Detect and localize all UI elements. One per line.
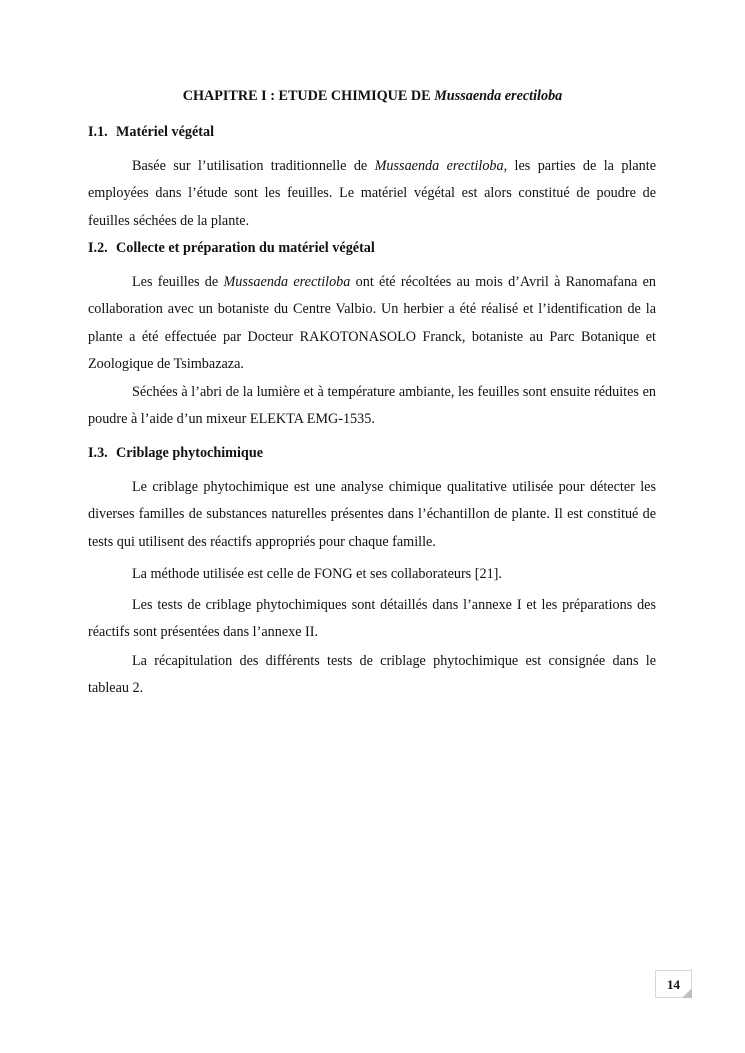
chapter-title-text: CHAPITRE I : ETUDE CHIMIQUE DE [183,88,434,104]
paragraph: Basée sur l’utilisation traditionnelle d… [88,153,656,235]
paragraph: Les feuilles de Mussaenda erectiloba ont… [88,269,656,379]
paragraph: Séchées à l’abri de la lumière et à temp… [88,379,656,434]
chapter-title: CHAPITRE I : ETUDE CHIMIQUE DE Mussaenda… [0,88,745,105]
paragraph: La récapitulation des différents tests d… [88,648,656,703]
chapter-title-species: Mussaenda erectiloba [434,88,562,104]
document-page: CHAPITRE I : ETUDE CHIMIQUE DE Mussaenda… [0,0,745,1053]
section-number: I.3. [88,445,116,462]
folded-corner-icon [682,988,692,998]
paragraph: Le criblage phytochimique est une analys… [88,474,656,556]
paragraph: La méthode utilisée est celle de FONG et… [88,561,656,588]
text-run: Les feuilles de [132,274,223,290]
section-heading-1: I.1.Matériel végétal [88,124,214,141]
section-title: Collecte et préparation du matériel végé… [116,240,375,256]
section-title: Criblage phytochimique [116,445,263,461]
section-number: I.1. [88,124,116,141]
page-number: 14 [667,977,680,992]
section-number: I.2. [88,240,116,257]
section-heading-3: I.3.Criblage phytochimique [88,445,263,462]
species-name: Mussaenda erectiloba [223,274,350,290]
paragraph: Les tests de criblage phytochimiques son… [88,592,656,647]
section-title: Matériel végétal [116,124,214,140]
page-number-box: 14 [655,970,692,998]
species-name: Mussaenda erectiloba [375,158,504,174]
section-heading-2: I.2.Collecte et préparation du matériel … [88,240,375,257]
text-run: Basée sur l’utilisation traditionnelle d… [132,158,375,174]
